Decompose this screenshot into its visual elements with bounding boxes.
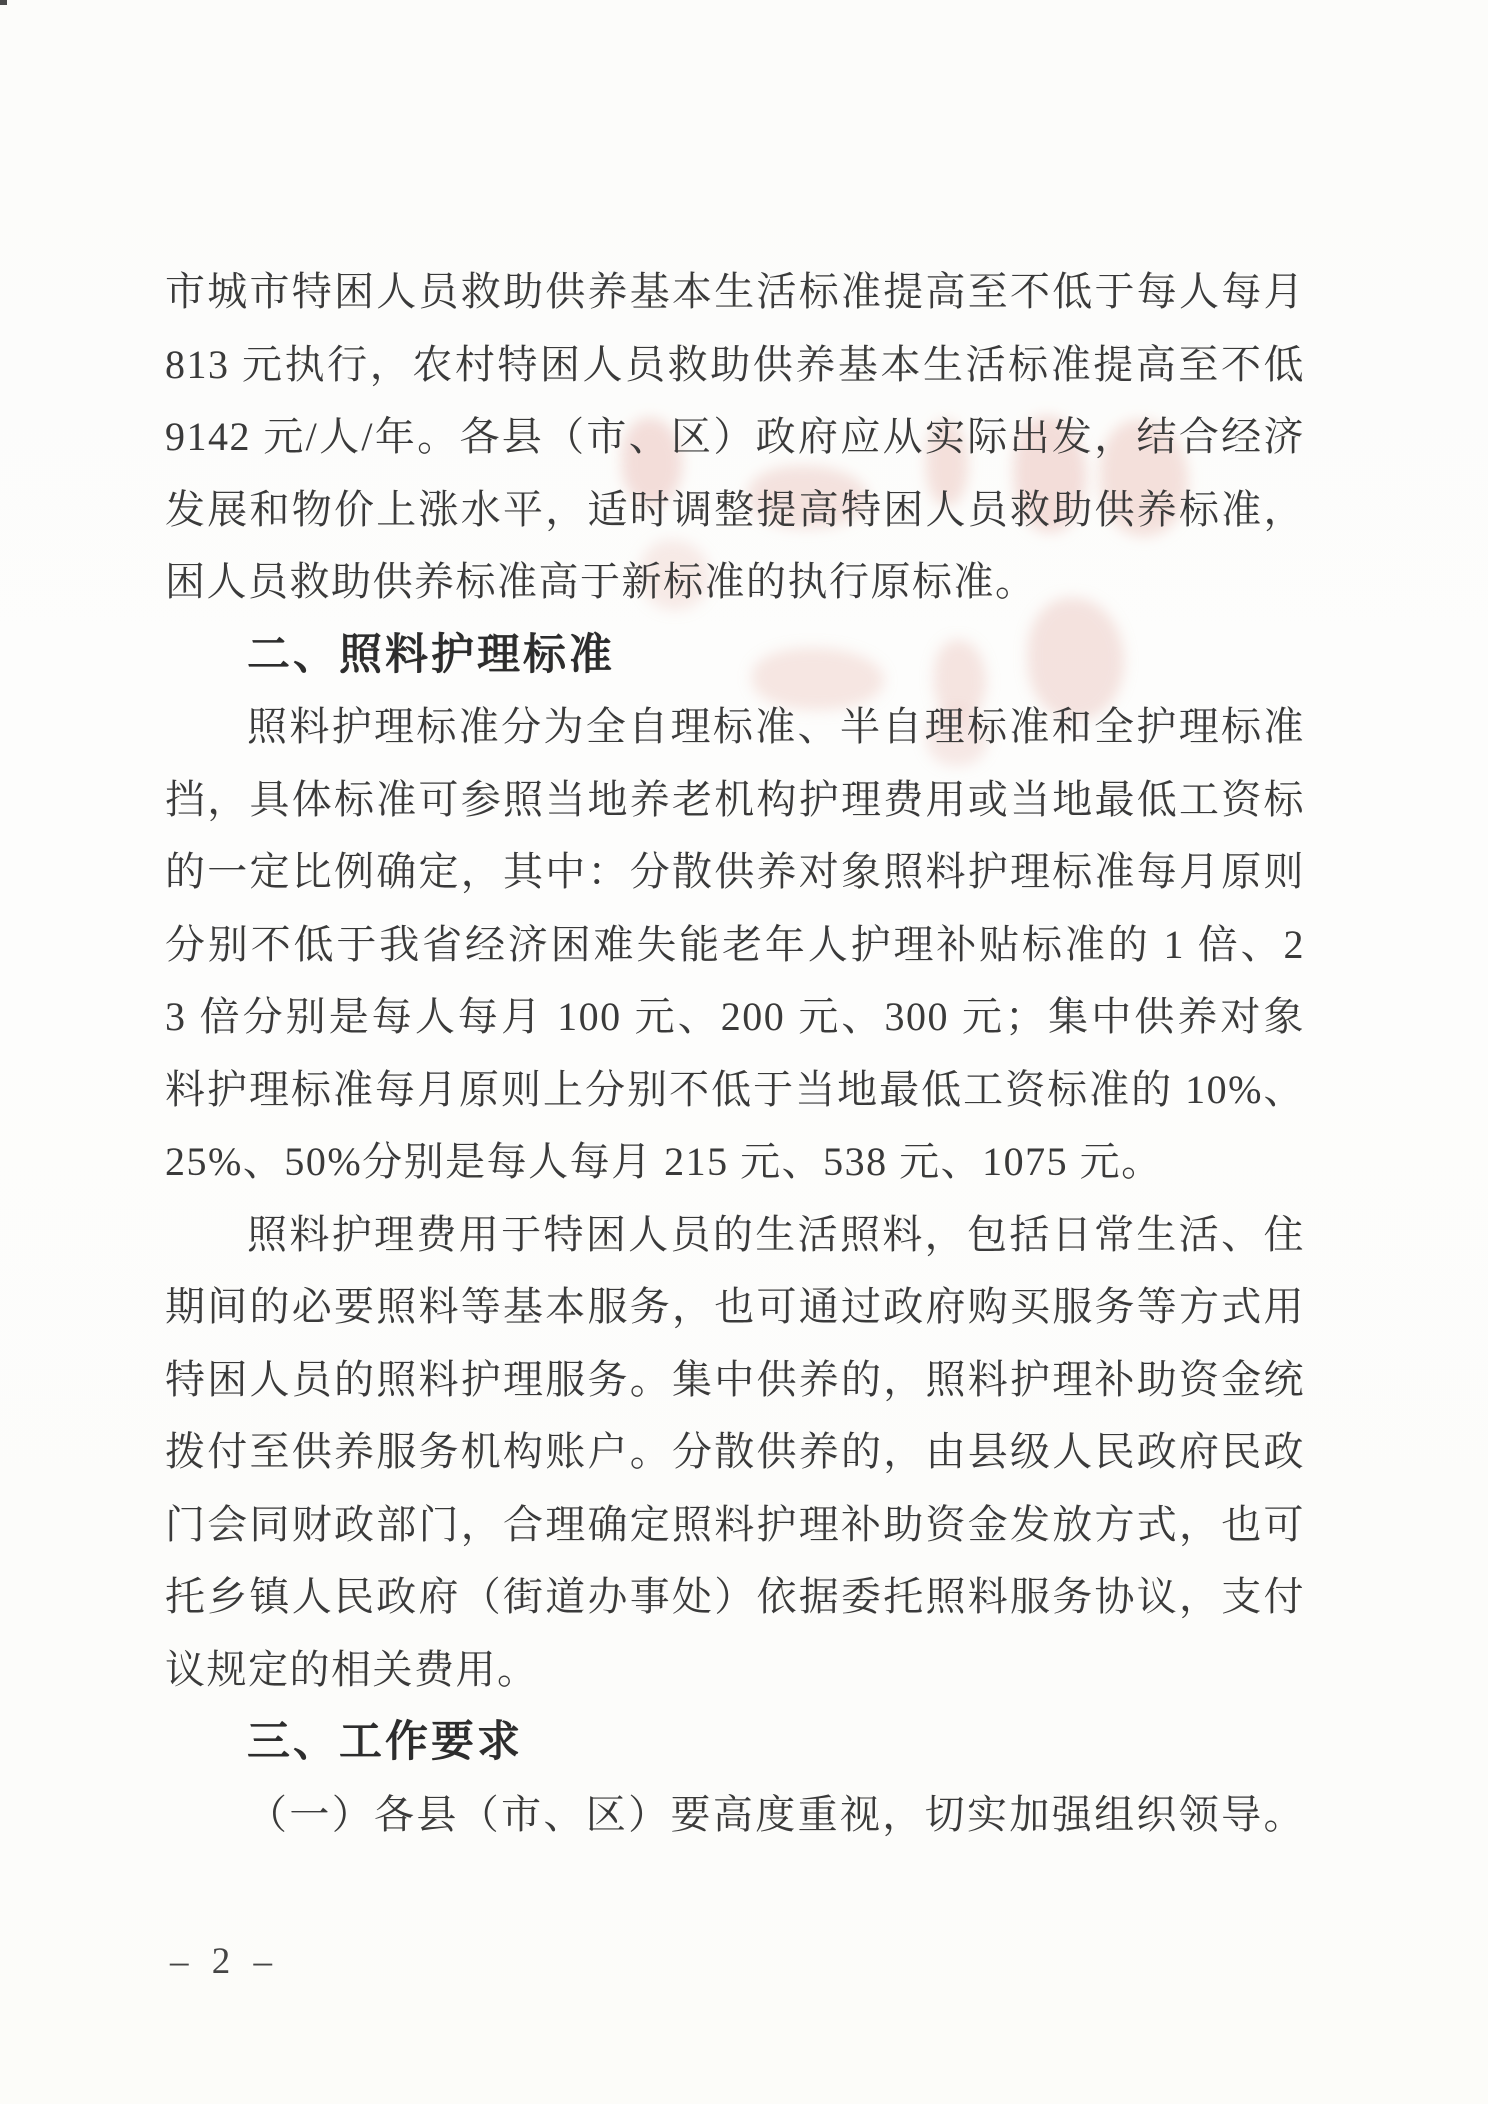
document-text-column: 市城市特困人员救助供养基本生活标准提高至不低于每人每月 813 元执行，农村特困… xyxy=(165,256,1305,1851)
body-line: 困人员救助供养标准高于新标准的执行原标准。 xyxy=(165,546,1305,619)
body-line: 期间的必要照料等基本服务，也可通过政府购买服务等方式用于 xyxy=(165,1271,1305,1344)
section-heading-work-requirements: 三、工作要求 xyxy=(165,1706,1305,1779)
footer-page-number: – 2 – xyxy=(170,1940,279,1983)
body-line: 照料护理标准分为全自理标准、半自理标准和全护理标准三 xyxy=(165,691,1305,764)
body-line: 拨付至供养服务机构账户。分散供养的，由县级人民政府民政部 xyxy=(165,1416,1305,1489)
body-line: 813 元执行，农村特困人员救助供养基本生活标准提高至不低于 xyxy=(165,329,1305,402)
body-line: 的一定比例确定，其中：分散供养对象照料护理标准每月原则上 xyxy=(165,836,1305,909)
section-heading-care-standards: 二、照料护理标准 xyxy=(165,619,1305,692)
body-line: 照料护理费用于特困人员的生活照料，包括日常生活、住院 xyxy=(165,1199,1305,1272)
body-line: 3 倍分别是每人每月 100 元、200 元、300 元；集中供养对象照 xyxy=(165,981,1305,1054)
body-line: 料护理标准每月原则上分别不低于当地最低工资标准的 10%、 xyxy=(165,1054,1305,1127)
body-line: 发展和物价上涨水平，适时调整提高特困人员救助供养标准，特 xyxy=(165,474,1305,547)
body-line: 25%、50%分别是每人每月 215 元、538 元、1075 元。 xyxy=(165,1126,1305,1199)
body-line: 托乡镇人民政府（街道办事处）依据委托照料服务协议，支付协 xyxy=(165,1561,1305,1634)
body-line: （一）各县（市、区）要高度重视，切实加强组织领导。民 xyxy=(165,1779,1305,1852)
body-line: 分别不低于我省经济困难失能老年人护理补贴标准的 1 倍、2 倍、 xyxy=(165,909,1305,982)
body-line: 特困人员的照料护理服务。集中供养的，照料护理补助资金统一 xyxy=(165,1344,1305,1417)
body-line: 门会同财政部门，合理确定照料护理补助资金发放方式，也可委 xyxy=(165,1489,1305,1562)
body-line: 议规定的相关费用。 xyxy=(165,1634,1305,1707)
body-line: 挡，具体标准可参照当地养老机构护理费用或当地最低工资标准 xyxy=(165,764,1305,837)
body-line: 市城市特困人员救助供养基本生活标准提高至不低于每人每月 xyxy=(165,256,1305,329)
body-line: 9142 元/人/年。各县（市、区）政府应从实际出发，结合经济 xyxy=(165,401,1305,474)
scan-artifact-speck xyxy=(0,0,7,5)
